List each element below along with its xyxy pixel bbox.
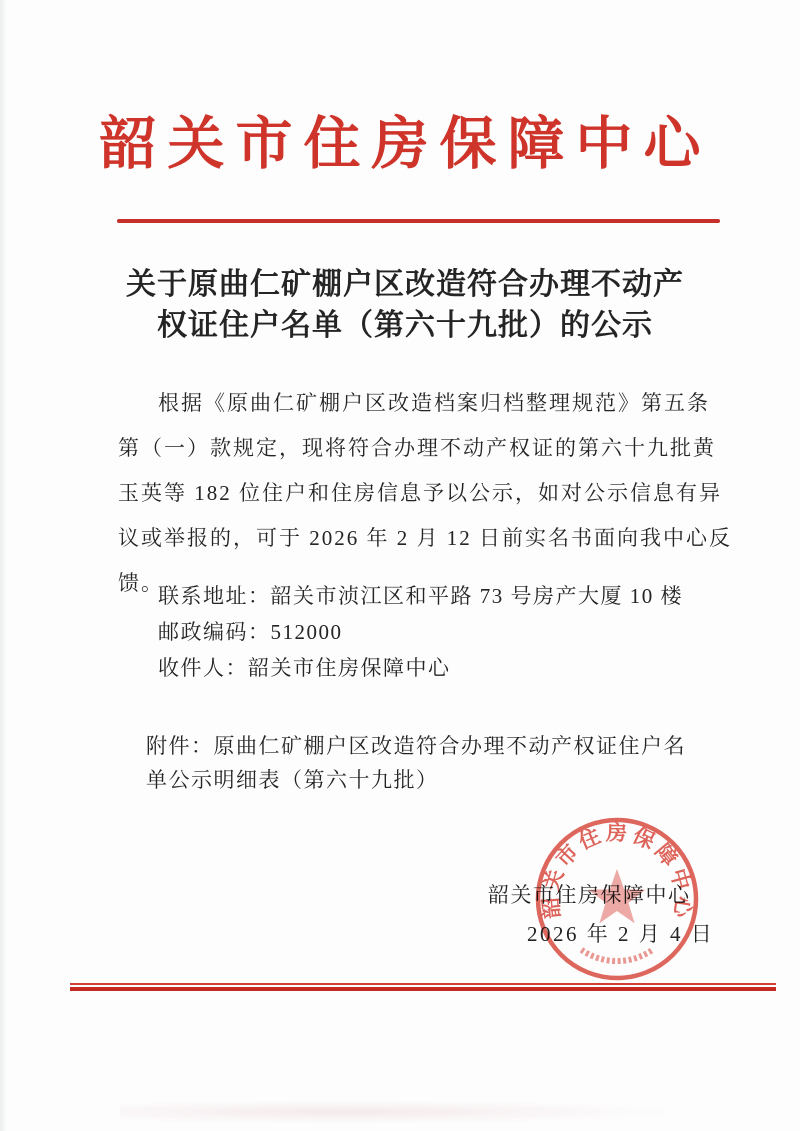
attachment-note: 附件：原曲仁矿棚户区改造符合办理不动产权证住户名 单公示明细表（第六十九批） [146, 729, 736, 797]
seal-star-icon [589, 869, 646, 923]
footer-divider-thick-rule [70, 987, 776, 991]
document-title-line-2: 权证住户名单（第六十九批）的公示 [80, 305, 730, 346]
attachment-line-1: 附件：原曲仁矿棚户区改造符合办理不动产权证住户名 [146, 729, 736, 763]
scanned-notice-page: 韶关市住房保障中心 关于原曲仁矿棚户区改造符合办理不动产 权证住户名单（第六十九… [0, 0, 800, 1131]
document-title: 关于原曲仁矿棚户区改造符合办理不动产 权证住户名单（第六十九批）的公示 [80, 264, 730, 346]
header-divider-line [117, 219, 720, 223]
paragraph-line: 第（一）款规定，现将符合办理不动产权证的第六十九批黄 [118, 426, 728, 471]
contact-info: 联系地址：韶关市浈江区和平路 73 号房产大厦 10 楼 邮政编码：512000… [158, 578, 683, 686]
footer-divider-line [70, 983, 776, 991]
recipient-line: 收件人：韶关市住房保障中心 [158, 650, 683, 686]
seal-serial-marks [581, 950, 652, 961]
postal-code-line: 邮政编码：512000 [158, 614, 683, 650]
paragraph-line: 议或举报的，可于 2026 年 2 月 12 日前实名书面向我中心反 [118, 516, 728, 561]
official-seal: 韶关市住房保障中心 [531, 813, 703, 985]
paragraph-line: 玉英等 182 位住户和住房信息予以公示，如对公示信息有异 [118, 471, 728, 516]
attachment-line-2: 单公示明细表（第六十九批） [146, 763, 736, 797]
footer-divider-thin-rule [70, 983, 776, 985]
org-header-title: 韶关市住房保障中心 [0, 98, 800, 180]
paragraph-line: 根据《原曲仁矿棚户区改造档案归档整理规范》第五条 [118, 381, 728, 426]
scan-smudge-artifact [120, 1100, 680, 1124]
document-title-line-1: 关于原曲仁矿棚户区改造符合办理不动产 [80, 264, 730, 305]
contact-address-line: 联系地址：韶关市浈江区和平路 73 号房产大厦 10 楼 [158, 578, 683, 614]
body-paragraph: 根据《原曲仁矿棚户区改造档案归档整理规范》第五条 第（一）款规定，现将符合办理不… [118, 381, 728, 606]
